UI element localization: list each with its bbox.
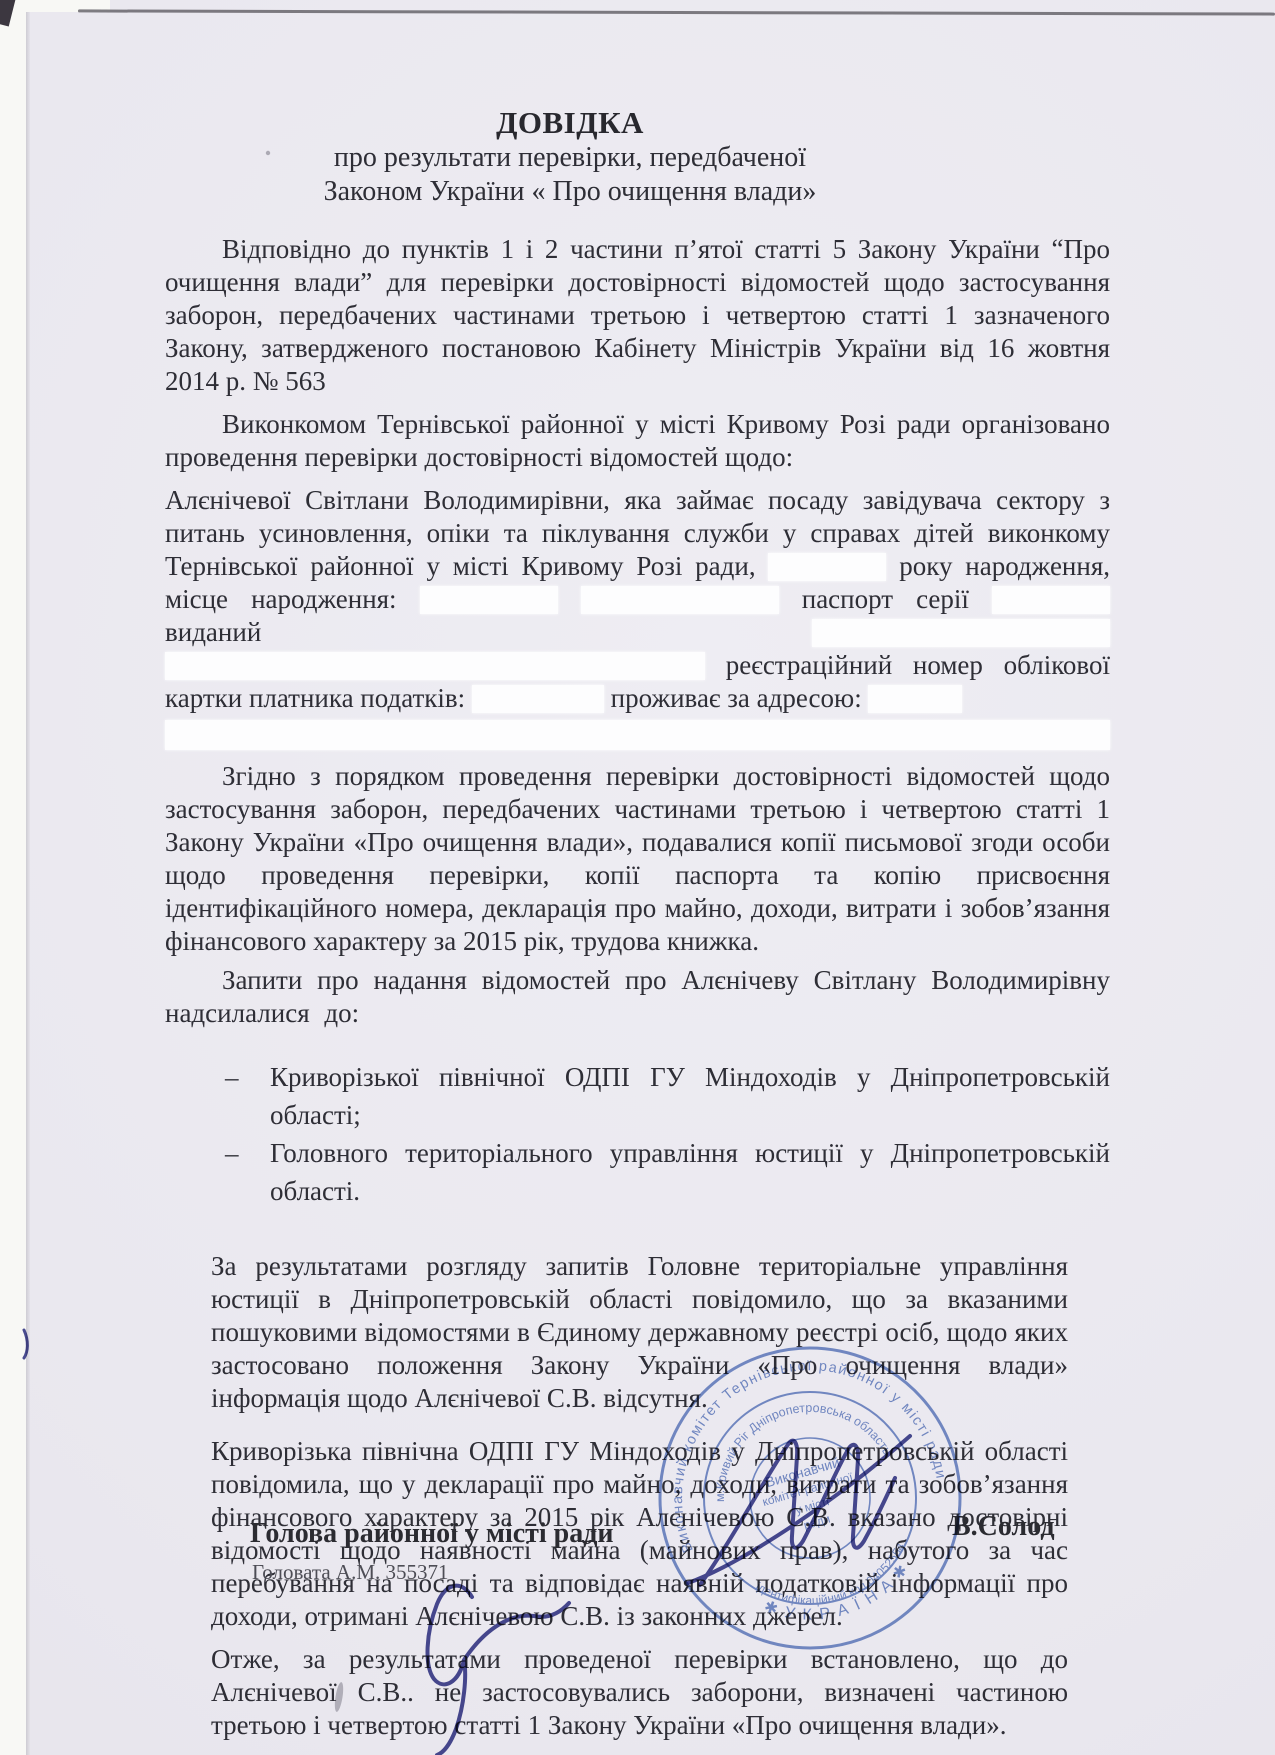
paper-speck-2 — [538, 1660, 542, 1664]
paper-speck — [266, 151, 270, 155]
signature-lower-flourish — [464, 1603, 569, 1660]
handwritten-ink-layer — [0, 0, 1275, 1755]
pen-mark-left-edge — [24, 1330, 27, 1358]
signature-lower-loop — [428, 1586, 472, 1755]
scanned-document-page: ДОВІДКА про результати перевірки, передб… — [0, 0, 1275, 1755]
signature-over-stamp-underline — [688, 1436, 910, 1583]
paper-smudge — [333, 1682, 345, 1713]
